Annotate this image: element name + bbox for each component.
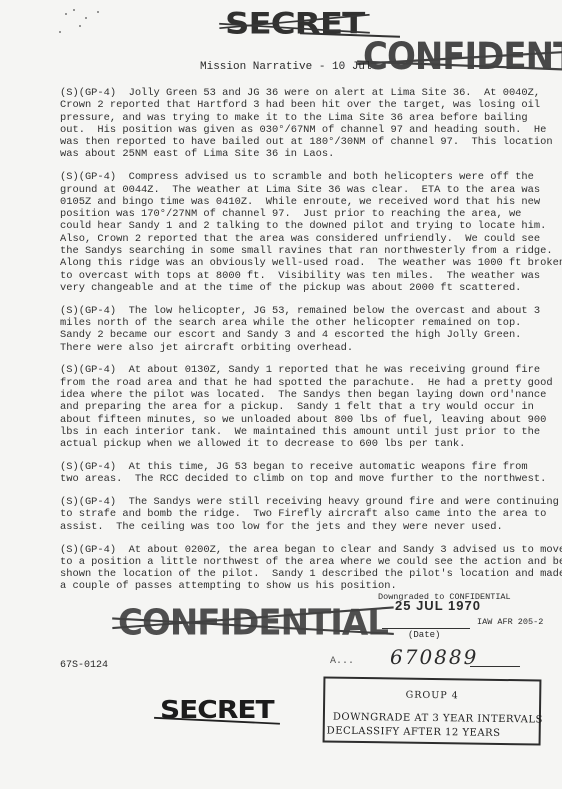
classification-group-box: GROUP 4 DOWNGRADE AT 3 YEAR INTERVALS DE… <box>323 676 542 745</box>
paragraph: (S)(GP-4) At about 0130Z, Sandy 1 report… <box>60 364 540 450</box>
downgrade-date-stamp: 25 JUL 1970 <box>395 598 481 613</box>
date-label: (Date) <box>408 630 440 640</box>
downgrade-authority: IAW AFR 205-2 <box>477 617 543 627</box>
confidential-stamp-top: CONFIDENTIAL <box>363 35 562 79</box>
paragraph: (S)(GP-4) At this time, JG 53 began to r… <box>60 461 540 486</box>
secret-stamp-bottom: SECRET <box>160 695 274 725</box>
confidential-stamp-bottom: CONFIDENTIAL <box>118 602 388 644</box>
control-number: 670889 <box>390 645 478 669</box>
date-underline <box>382 628 470 629</box>
paragraph: (S)(GP-4) The low helicopter, JG 53, rem… <box>60 305 540 354</box>
control-number-underline <box>470 666 520 667</box>
control-number-prefix: A... <box>330 656 354 667</box>
document-number: 67S-0124 <box>60 660 108 671</box>
paragraph: (S)(GP-4) Jolly Green 53 and JG 36 were … <box>60 87 540 161</box>
group-title: GROUP 4 <box>325 689 539 703</box>
scan-specks <box>55 5 115 45</box>
paragraph: (S)(GP-4) The Sandys were still receivin… <box>60 496 540 533</box>
document-title: Mission Narrative - 10 Jul <box>200 61 372 73</box>
mission-narrative: (S)(GP-4) Jolly Green 53 and JG 36 were … <box>60 87 540 603</box>
downgrade-instruction: DOWNGRADE AT 3 YEAR INTERVALS <box>333 712 543 726</box>
declassify-instruction: DECLASSIFY AFTER 12 YEARS <box>327 726 501 739</box>
document-page: SECRET CONFIDENTIAL Mission Narrative - … <box>0 0 562 789</box>
paragraph: (S)(GP-4) At about 0200Z, the area began… <box>60 544 540 593</box>
paragraph: (S)(GP-4) Compress advised us to scrambl… <box>60 171 540 294</box>
secret-stamp-top: SECRET <box>225 7 364 41</box>
